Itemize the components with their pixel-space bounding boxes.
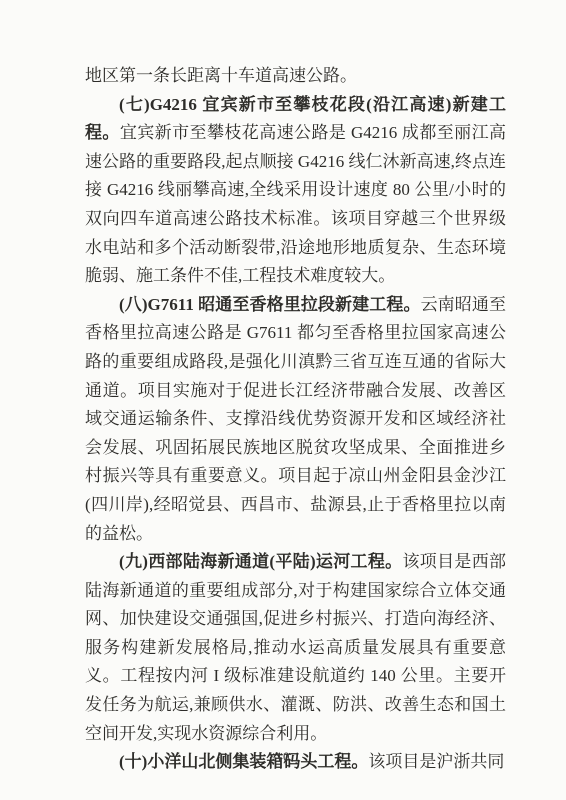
paragraph: 地区第一条长距离十车道高速公路。: [85, 62, 506, 91]
heading-run: (八)G7611 昭通至香格里拉段新建工程。: [119, 295, 421, 314]
document-body: 地区第一条长距离十车道高速公路。(七)G4216 宜宾新市至攀枝花段(沿江高速)…: [85, 62, 506, 777]
heading-run: (九)西部陆海新通道(平陆)运河工程。: [119, 552, 402, 571]
text-run: 云南昭通至香格里拉高速公路是 G7611 都匀至香格里拉国家高速公路的重要组成路…: [85, 295, 506, 543]
paragraph: (八)G7611 昭通至香格里拉段新建工程。云南昭通至香格里拉高速公路是 G76…: [85, 291, 506, 548]
page-number: 10: [0, 749, 566, 765]
paragraph: (七)G4216 宜宾新市至攀枝花段(沿江高速)新建工程。宜宾新市至攀枝花高速公…: [85, 91, 506, 291]
paragraph: (九)西部陆海新通道(平陆)运河工程。该项目是西部陆海新通道的重要组成部分,对于…: [85, 548, 506, 748]
text-run: 该项目是西部陆海新通道的重要组成部分,对于构建国家综合立体交通网、加快建设交通强…: [85, 552, 506, 743]
text-run: 地区第一条长距离十车道高速公路。: [85, 66, 357, 85]
text-run: 宜宾新市至攀枝花高速公路是 G4216 成都至丽江高速公路的重要路段,起点顺接 …: [85, 123, 506, 285]
